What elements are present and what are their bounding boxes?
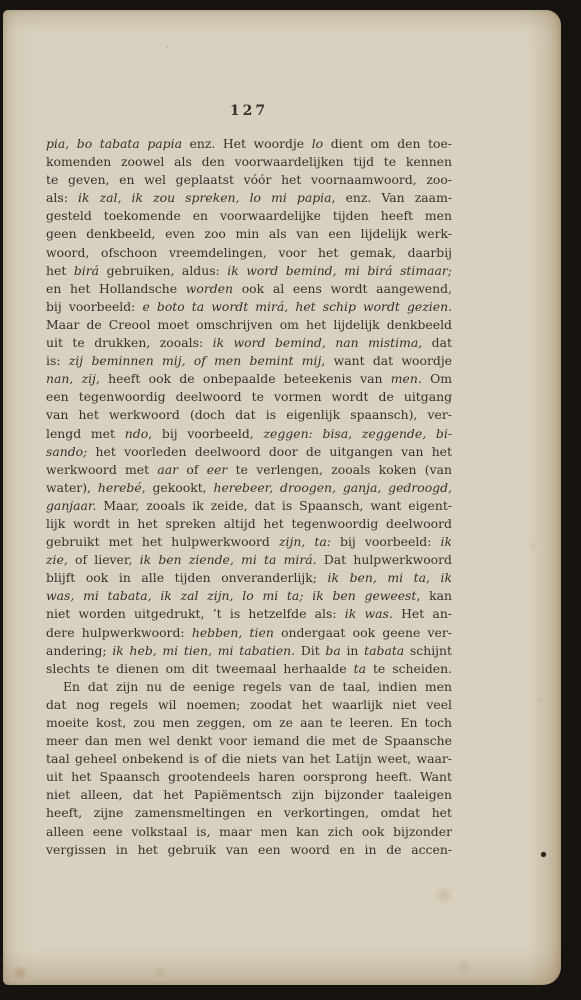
text-line: uit te drukken, zooals: ik word bemind, … xyxy=(46,334,452,352)
text-line: lengd met ndo, bij voorbeeld, zeggen: bi… xyxy=(46,425,452,443)
text-line: nan, zij, heeft ook de onbepaalde beteek… xyxy=(46,370,452,388)
text-line: was, mi tabata, ik zal zijn, lo mi ta; i… xyxy=(46,587,452,605)
text-line: slechts te dienen om dit tweemaal herhaa… xyxy=(46,660,452,678)
text-line: water), herebé, gekookt, herebeer, droog… xyxy=(46,479,452,497)
text-line: het birá gebruiken, aldus: ik word bemin… xyxy=(46,262,452,280)
text-line: moeite kost, zou men zeggen, om ze aan t… xyxy=(46,714,452,732)
text-line: blijft ook in alle tijden onveranderlijk… xyxy=(46,569,452,587)
book-page: 127 pia, bo tabata papia enz. Het woordj… xyxy=(3,10,561,985)
text-line: En dat zijn nu de eenige regels van de t… xyxy=(46,678,452,696)
text-line: bij voorbeeld: e boto ta wordt mirá, het… xyxy=(46,298,452,316)
text-line: niet alleen, dat het Papiëmentsch zijn b… xyxy=(46,786,452,804)
text-line: gesteld toekomende en voorwaardelijke ti… xyxy=(46,207,452,225)
page-number: 127 xyxy=(46,103,452,119)
text-line: sando; het voorleden deelwoord door de u… xyxy=(46,443,452,461)
text-line: werkwoord met aar of eer te verlengen, z… xyxy=(46,461,452,479)
text-line: komenden zoowel als den voorwaardelijken… xyxy=(46,153,452,171)
text-line: meer dan men wel denkt voor iemand die m… xyxy=(46,732,452,750)
text-line: en het Hollandsche worden ook al eens wo… xyxy=(46,280,452,298)
text-line: geen denkbeeld, even zoo min als van een… xyxy=(46,225,452,243)
text-line: niet worden uitgedrukt, ’t is hetzelfde … xyxy=(46,605,452,623)
text-line: Maar de Creool moet omschrijven om het l… xyxy=(46,316,452,334)
text-line: zie, of liever, ik ben ziende, mi ta mir… xyxy=(46,551,452,569)
text-line: taal geheel onbekend is of die niets van… xyxy=(46,750,452,768)
text-line: pia, bo tabata papia enz. Het woordje lo… xyxy=(46,135,452,153)
text-line: lijk wordt in het spreken altijd het teg… xyxy=(46,515,452,533)
ink-speck xyxy=(541,852,546,857)
text-block: pia, bo tabata papia enz. Het woordje lo… xyxy=(46,135,452,859)
text-line: gebruikt met het hulpwerkwoord zijn, ta:… xyxy=(46,533,452,551)
text-line: dere hulpwerkwoord: hebben, tien onderga… xyxy=(46,624,452,642)
text-line: ganjaar. Maar, zooals ik zeide, dat is S… xyxy=(46,497,452,515)
text-line: heeft, zijne zamensmeltingen en verkorti… xyxy=(46,804,452,822)
scanned-book-photo: { "colors": { "paper": "#d8d1bf", "ink":… xyxy=(0,0,581,1000)
text-line: een tegenwoordig deelwoord te vormen wor… xyxy=(46,388,452,406)
text-line: uit het Spaansch grootendeels haren oors… xyxy=(46,768,452,786)
text-line: als: ik zal, ik zou spreken, lo mi papia… xyxy=(46,189,452,207)
text-line: andering; ik heb, mi tien, mi tabatien. … xyxy=(46,642,452,660)
text-line: van het werkwoord (doch dat is eigenlijk… xyxy=(46,406,452,424)
text-line: te geven, en wel geplaatst vóór het voor… xyxy=(46,171,452,189)
text-line: woord, ofschoon vreemdelingen, voor het … xyxy=(46,244,452,262)
paragraph: En dat zijn nu de eenige regels van de t… xyxy=(46,678,452,859)
paragraph: pia, bo tabata papia enz. Het woordje lo… xyxy=(46,135,452,678)
text-line: is: zij beminnen mij, of men bemint mij,… xyxy=(46,352,452,370)
text-line: alleen eene volkstaal is, maar men kan z… xyxy=(46,823,452,841)
text-line: dat nog regels wil noemen; zoodat het wa… xyxy=(46,696,452,714)
text-line: vergissen in het gebruik van een woord e… xyxy=(46,841,452,859)
